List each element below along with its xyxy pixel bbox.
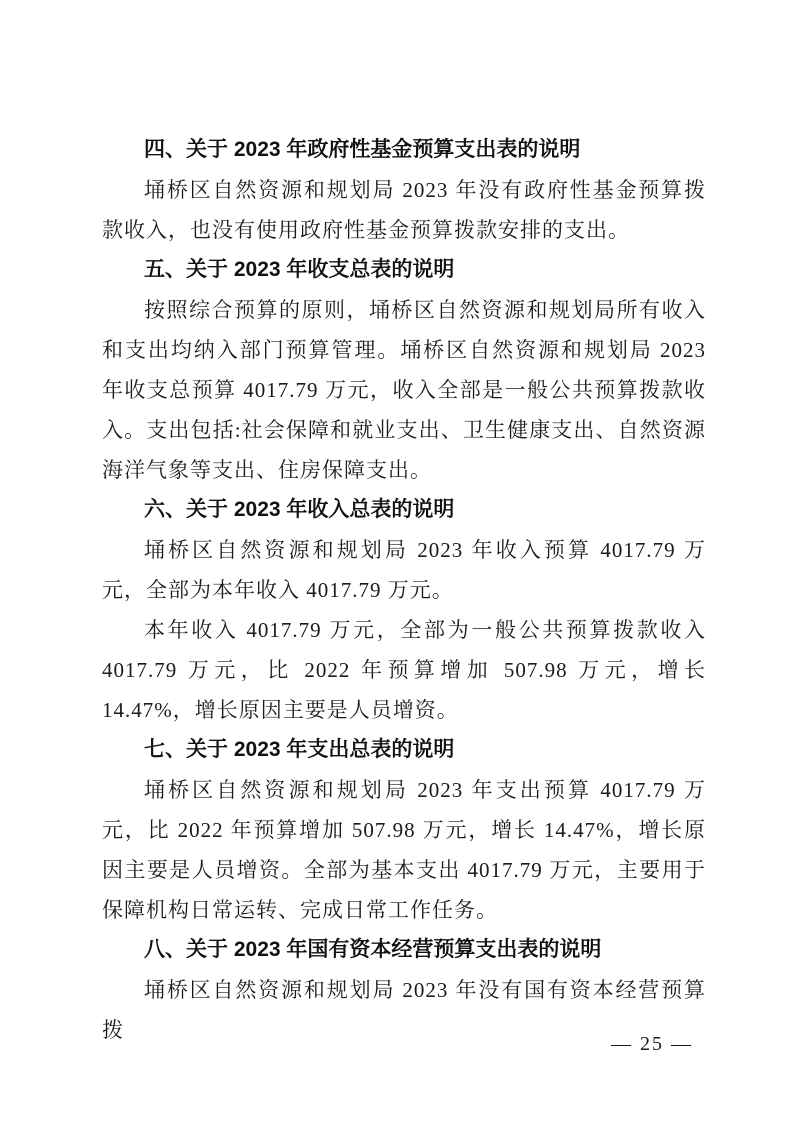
document-page: 四、关于 2023 年政府性基金预算支出表的说明 埇桥区自然资源和规划局 202… <box>0 0 793 1122</box>
section-heading: 六、关于 2023 年收入总表的说明 <box>102 490 706 530</box>
paragraph: 埇桥区自然资源和规划局 2023 年收入预算 4017.79 万元，全部为本年收… <box>102 530 706 610</box>
section-heading: 四、关于 2023 年政府性基金预算支出表的说明 <box>102 130 706 170</box>
paragraph: 埇桥区自然资源和规划局 2023 年支出预算 4017.79 万元，比 2022… <box>102 770 706 930</box>
paragraph: 本年收入 4017.79 万元，全部为一般公共预算拨款收入 4017.79 万元… <box>102 610 706 730</box>
section-heading: 七、关于 2023 年支出总表的说明 <box>102 730 706 770</box>
section-heading: 八、关于 2023 年国有资本经营预算支出表的说明 <box>102 930 706 970</box>
document-content: 四、关于 2023 年政府性基金预算支出表的说明 埇桥区自然资源和规划局 202… <box>102 130 706 1050</box>
paragraph: 按照综合预算的原则，埇桥区自然资源和规划局所有收入和支出均纳入部门预算管理。埇桥… <box>102 290 706 490</box>
page-number: — 25 — <box>611 1030 693 1058</box>
section-expenditure-summary: 七、关于 2023 年支出总表的说明 埇桥区自然资源和规划局 2023 年支出预… <box>102 730 706 930</box>
section-heading: 五、关于 2023 年收支总表的说明 <box>102 250 706 290</box>
paragraph: 埇桥区自然资源和规划局 2023 年没有政府性基金预算拨款收入，也没有使用政府性… <box>102 170 706 250</box>
section-revenue-expenditure-summary: 五、关于 2023 年收支总表的说明 按照综合预算的原则，埇桥区自然资源和规划局… <box>102 250 706 490</box>
section-gov-fund-expenditure: 四、关于 2023 年政府性基金预算支出表的说明 埇桥区自然资源和规划局 202… <box>102 130 706 250</box>
section-revenue-summary: 六、关于 2023 年收入总表的说明 埇桥区自然资源和规划局 2023 年收入预… <box>102 490 706 730</box>
